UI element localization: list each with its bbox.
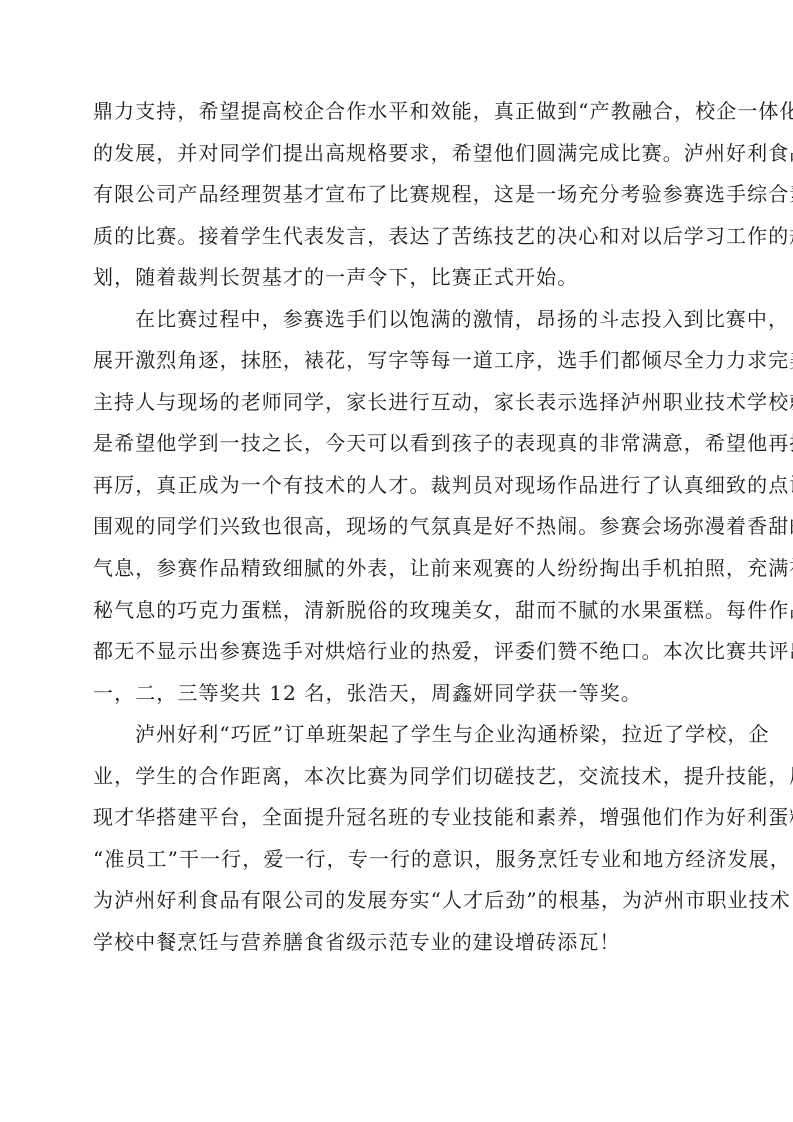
text-line: “准员工”干一行，爱一行，专一行的意识，服务烹饪专业和地方经济发展， xyxy=(93,839,713,881)
document-page: 鼎力支持，希望提高校企合作水平和效能，真正做到“产教融合，校企一体化” 的发展，… xyxy=(93,91,713,963)
text-line: 再厉，真正成为一个有技术的人才。裁判员对现场作品进行了认真细致的点评， xyxy=(93,465,713,507)
text-line: 秘气息的巧克力蛋糕，清新脱俗的玫瑰美女，甜而不腻的水果蛋糕。每件作品 xyxy=(93,590,713,632)
paragraph-competition-process: 在比赛过程中，参赛选手们以饱满的激情，昂扬的斗志投入到比赛中， 展开激烈角逐，抹… xyxy=(93,299,713,714)
text-line: 气息，参赛作品精致细腻的外表，让前来观赛的人纷纷掏出手机拍照，充满神 xyxy=(93,548,713,590)
paragraph-opening-continuation: 鼎力支持，希望提高校企合作水平和效能，真正做到“产教融合，校企一体化” 的发展，… xyxy=(93,91,713,299)
text-line: 划，随着裁判长贺基才的一声令下，比赛正式开始。 xyxy=(93,257,713,299)
text-line: 为泸州好利食品有限公司的发展夯实“人才后劲”的根基，为泸州市职业技术 xyxy=(93,880,713,922)
text-line: 都无不显示出参赛选手对烘焙行业的热爱，评委们赞不绝口。本次比赛共评出 xyxy=(93,631,713,673)
text-line: 鼎力支持，希望提高校企合作水平和效能，真正做到“产教融合，校企一体化” xyxy=(93,91,713,133)
text-line: 在比赛过程中，参赛选手们以饱满的激情，昂扬的斗志投入到比赛中， xyxy=(93,299,713,341)
text-line: 学校中餐烹饪与营养膳食省级示范专业的建设增砖添瓦！ xyxy=(93,922,713,964)
text-line: 现才华搭建平台，全面提升冠名班的专业技能和素养，增强他们作为好利蛋糕 xyxy=(93,797,713,839)
text-line: 的发展，并对同学们提出高规格要求，希望他们圆满完成比赛。泸州好利食品 xyxy=(93,133,713,175)
text-line: 一，二，三等奖共 12 名，张浩天，周鑫妍同学获一等奖。 xyxy=(93,673,713,715)
text-line: 是希望他学到一技之长，今天可以看到孩子的表现真的非常满意，希望他再接 xyxy=(93,423,713,465)
text-line: 围观的同学们兴致也很高，现场的气氛真是好不热闹。参赛会场弥漫着香甜的 xyxy=(93,506,713,548)
text-line: 展开激烈角逐，抹胚，裱花，写字等每一道工序，选手们都倾尽全力力求完美。 xyxy=(93,340,713,382)
paragraph-conclusion: 泸州好利“巧匠”订单班架起了学生与企业沟通桥梁，拉近了学校，企 业，学生的合作距… xyxy=(93,714,713,963)
text-line: 有限公司产品经理贺基才宣布了比赛规程，这是一场充分考验参赛选手综合素 xyxy=(93,174,713,216)
text-line: 泸州好利“巧匠”订单班架起了学生与企业沟通桥梁，拉近了学校，企 xyxy=(93,714,713,756)
text-line: 质的比赛。接着学生代表发言，表达了苦练技艺的决心和对以后学习工作的规 xyxy=(93,216,713,258)
text-line: 业，学生的合作距离，本次比赛为同学们切磋技艺，交流技术，提升技能，展 xyxy=(93,756,713,798)
text-line: 主持人与现场的老师同学，家长进行互动，家长表示选择泸州职业技术学校就 xyxy=(93,382,713,424)
